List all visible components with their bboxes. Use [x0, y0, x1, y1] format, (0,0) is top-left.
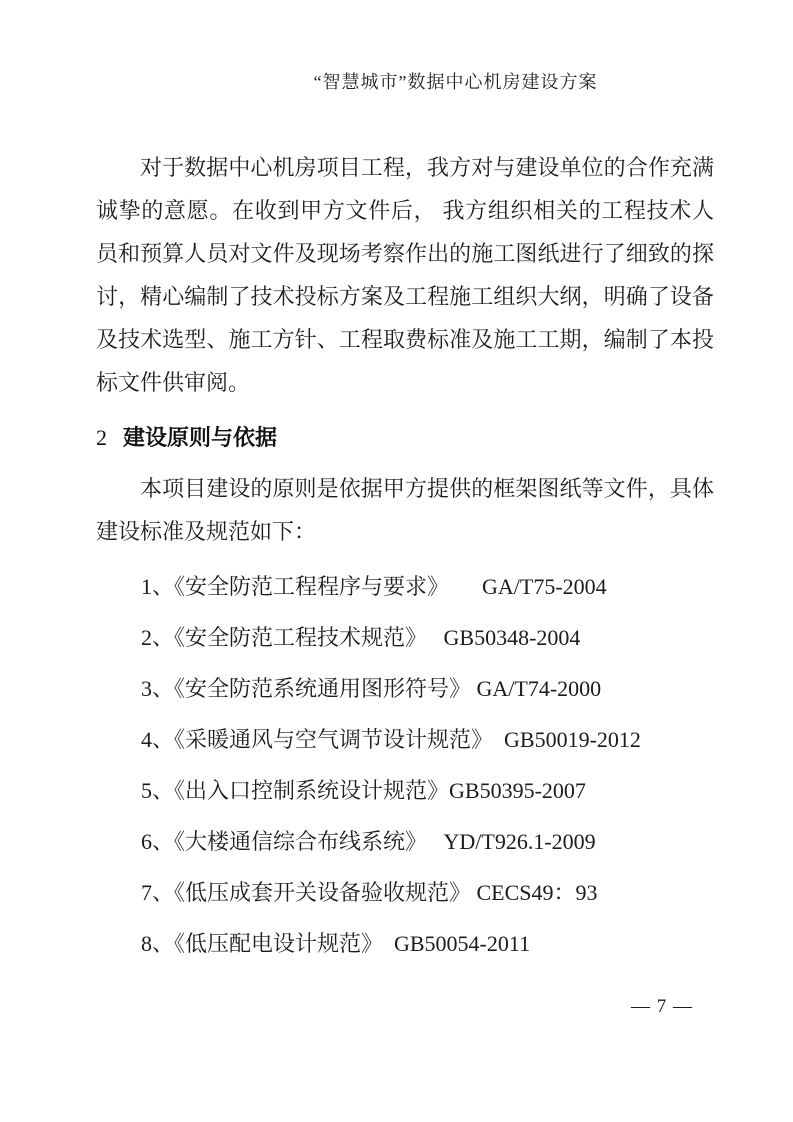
section-number: 2 — [96, 425, 107, 450]
paragraph-principles: 本项目建设的原则是依据甲方提供的框架图纸等文件，具体建设标准及规范如下： — [96, 467, 714, 553]
standard-item: 5、《出入口控制系统设计规范》GB50395-2007 — [141, 765, 714, 816]
section-title: 建设原则与依据 — [123, 425, 277, 450]
standard-item: 7、《低压成套开关设备验收规范》 CECS49：93 — [141, 867, 714, 918]
page-header-title: “智慧城市”数据中心机房建设方案 — [0, 68, 793, 94]
standard-item: 8、《低压配电设计规范》 GB50054-2011 — [141, 918, 714, 969]
page-number: — 7 — — [631, 996, 693, 1018]
standards-list: 1、《安全防范工程程序与要求》 GA/T75-2004 2、《安全防范工程技术规… — [96, 561, 714, 969]
document-page: “智慧城市”数据中心机房建设方案 对于数据中心机房项目工程，我方对与建设单位的合… — [0, 0, 793, 1122]
standard-item: 6、《大楼通信综合布线系统》 YD/T926.1-2009 — [141, 816, 714, 867]
standard-item: 1、《安全防范工程程序与要求》 GA/T75-2004 — [141, 561, 714, 612]
paragraph-intro: 对于数据中心机房项目工程，我方对与建设单位的合作充满诚挚的意愿。在收到甲方文件后… — [96, 146, 714, 404]
standard-item: 2、《安全防范工程技术规范》 GB50348-2004 — [141, 612, 714, 663]
standard-item: 4、《采暖通风与空气调节设计规范》 GB50019-2012 — [141, 714, 714, 765]
section-heading: 2建设原则与依据 — [96, 416, 714, 459]
document-content: 对于数据中心机房项目工程，我方对与建设单位的合作充满诚挚的意愿。在收到甲方文件后… — [96, 146, 714, 969]
standard-item: 3、《安全防范系统通用图形符号》 GA/T74-2000 — [141, 663, 714, 714]
